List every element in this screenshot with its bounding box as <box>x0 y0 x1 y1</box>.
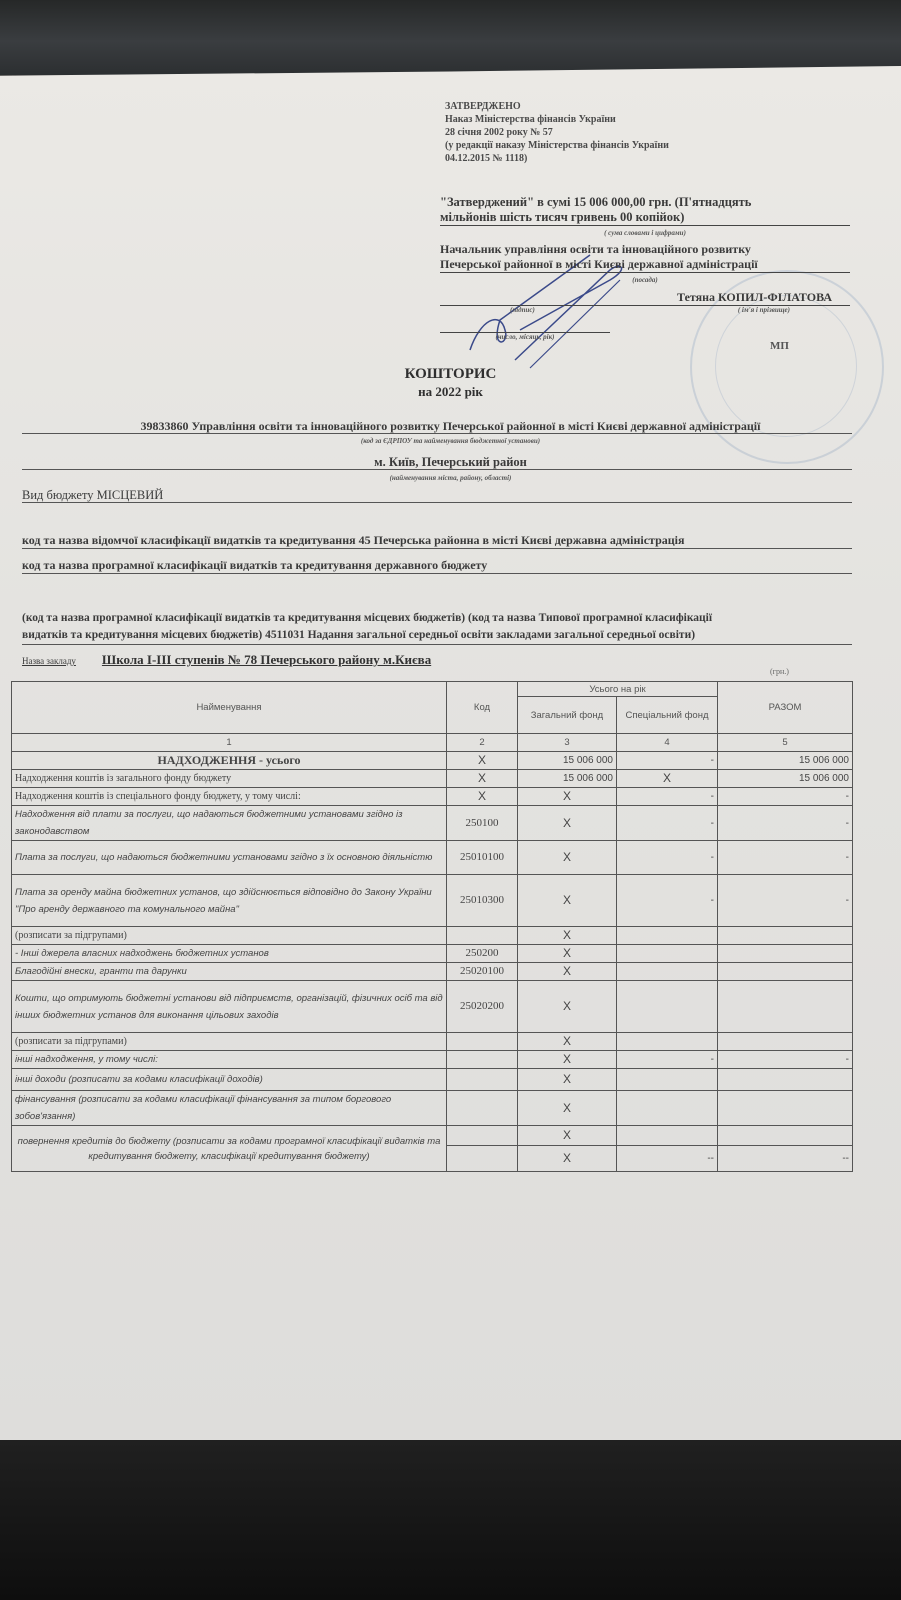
row-special-fund <box>617 1033 718 1051</box>
header-code: Код <box>447 682 518 734</box>
photo-background-top <box>0 0 901 75</box>
signer-name: Тетяна КОПИЛ-ФІЛАТОВА <box>440 290 850 306</box>
row-total <box>718 1033 853 1051</box>
table-row: Надходження від плати за послуги, що над… <box>12 806 853 841</box>
row-general-fund: X <box>518 1091 617 1126</box>
row-code: 25020100 <box>447 963 518 981</box>
row-name: - Інші джерела власних надходжень бюджет… <box>12 945 447 963</box>
column-number: 4 <box>617 734 718 752</box>
row-name: Кошти, що отримують бюджетні установи ві… <box>12 981 447 1033</box>
row-name: інші доходи (розписати за кодами класифі… <box>12 1069 447 1091</box>
row-special-fund: - <box>617 752 718 770</box>
row-general-fund: X <box>518 1033 617 1051</box>
row-general-fund: X <box>518 927 617 945</box>
row-general-fund: X <box>518 1051 617 1069</box>
program-classification-local-line1: (код та назва програмної класифікації ви… <box>22 612 712 624</box>
table-row: (розписати за підгрупами)X <box>12 1033 853 1051</box>
approval-line: (у редакції наказу Міністерства фінансів… <box>445 139 669 152</box>
currency-unit: (грн.) <box>770 667 789 676</box>
estimate-table: Найменування Код Усього на рік РАЗОМ Заг… <box>11 681 853 1172</box>
row-name: Надходження від плати за послуги, що над… <box>12 806 447 841</box>
header-special-fund: Спеціальний фонд <box>617 697 718 734</box>
row-special-fund <box>617 1069 718 1091</box>
signer-position: Начальник управління освіти та інновацій… <box>440 242 850 288</box>
row-name: (розписати за підгрупами) <box>12 927 447 945</box>
row-code: 25020200 <box>447 981 518 1033</box>
column-number: 2 <box>447 734 518 752</box>
row-total <box>718 945 853 963</box>
row-name: фінансування (розписати за кодами класиф… <box>12 1091 447 1126</box>
row-name: повернення кредитів до бюджету (розписат… <box>12 1126 447 1172</box>
table-row: (розписати за підгрупами)X <box>12 927 853 945</box>
row-name: Плата за послуги, що надаються бюджетним… <box>12 841 447 875</box>
row-name: (розписати за підгрупами) <box>12 1033 447 1051</box>
row-total: - <box>718 788 853 806</box>
row-general-fund: X <box>518 875 617 927</box>
row-special-fund <box>617 1126 718 1146</box>
row-name: Надходження коштів із загального фонду б… <box>12 770 447 788</box>
row-general-fund: X <box>518 963 617 981</box>
row-name: Благодійні внески, гранти та дарунки <box>12 963 447 981</box>
row-total <box>718 1091 853 1126</box>
row-special-fund: - <box>617 875 718 927</box>
column-number: 3 <box>518 734 617 752</box>
approval-line: 28 січня 2002 року № 57 <box>445 126 669 139</box>
table-row: повернення кредитів до бюджету (розписат… <box>12 1126 853 1146</box>
row-total: -- <box>718 1146 853 1172</box>
row-code <box>447 1069 518 1091</box>
row-code <box>447 1091 518 1126</box>
table-row: Надходження коштів із загального фонду б… <box>12 770 853 788</box>
row-special-fund <box>617 945 718 963</box>
divider <box>22 469 852 470</box>
budget-type: Вид бюджету МІСЦЕВИЙ <box>22 488 163 503</box>
table-row: - Інші джерела власних надходжень бюджет… <box>12 945 853 963</box>
date-line: (число, місяць, рік) <box>440 320 610 341</box>
divider <box>22 502 852 503</box>
column-number: 5 <box>718 734 853 752</box>
row-code: X <box>447 770 518 788</box>
departmental-classification: код та назва відомчої класифікації видат… <box>22 533 684 548</box>
table-row: Надходження коштів із спеціального фонду… <box>12 788 853 806</box>
row-special-fund <box>617 963 718 981</box>
row-special-fund: - <box>617 806 718 841</box>
header-total: РАЗОМ <box>718 682 853 734</box>
row-code <box>447 1033 518 1051</box>
row-general-fund: 15 006 000 <box>518 770 617 788</box>
table-row: інші доходи (розписати за кодами класифі… <box>12 1069 853 1091</box>
table-row: фінансування (розписати за кодами класиф… <box>12 1091 853 1126</box>
row-code: X <box>447 752 518 770</box>
row-total <box>718 1069 853 1091</box>
header-year-total: Усього на рік <box>518 682 718 697</box>
row-code <box>447 1146 518 1172</box>
row-general-fund: X <box>518 1146 617 1172</box>
date-caption: (число, місяць, рік) <box>440 333 610 341</box>
city-caption: (найменування міста, району, області) <box>0 474 901 482</box>
row-general-fund: X <box>518 841 617 875</box>
signature-caption: (підпис) <box>510 306 535 314</box>
row-total: - <box>718 841 853 875</box>
position-caption: (посада) <box>440 273 850 288</box>
approval-line: Наказ Міністерства фінансів України <box>445 113 669 126</box>
row-special-fund: - <box>617 1051 718 1069</box>
row-special-fund <box>617 1091 718 1126</box>
signer-name-line: Тетяна КОПИЛ-ФІЛАТОВА (підпис) ( ім'я і … <box>440 290 850 314</box>
row-total <box>718 1126 853 1146</box>
establishment-row: Назва закладу Школа I-III ступенів № 78 … <box>22 651 431 669</box>
establishment-name: Школа I-III ступенів № 78 Печерського ра… <box>102 652 431 667</box>
row-general-fund: X <box>518 1069 617 1091</box>
row-total: 15 006 000 <box>718 752 853 770</box>
approval-header: ЗАТВЕРДЖЕНО Наказ Міністерства фінансів … <box>445 100 669 165</box>
approved-sum-line1: "Затверджений" в сумі 15 006 000,00 грн.… <box>440 195 850 210</box>
institution-line: 39833860 Управління освіти та інноваційн… <box>0 419 901 434</box>
name-caption: ( ім'я і прізвище) <box>738 306 790 314</box>
row-general-fund: X <box>518 1126 617 1146</box>
row-general-fund: X <box>518 945 617 963</box>
program-classification-local-line2: видатків та кредитування місцевих бюджет… <box>22 629 695 641</box>
row-total: - <box>718 875 853 927</box>
row-code: 250200 <box>447 945 518 963</box>
city-line: м. Київ, Печерський район <box>0 455 901 470</box>
program-classification-state: код та назва програмної класифікації вид… <box>22 558 487 573</box>
divider <box>22 573 852 574</box>
divider <box>22 548 852 549</box>
divider <box>22 644 852 645</box>
stamp-label: МП <box>770 340 789 352</box>
row-code: 250100 <box>447 806 518 841</box>
sum-caption: ( сума словами і цифрами) <box>440 226 850 241</box>
row-name: НАДХОДЖЕННЯ - усього <box>12 752 447 770</box>
row-special-fund: - <box>617 788 718 806</box>
approval-heading: ЗАТВЕРДЖЕНО <box>445 100 669 113</box>
row-special-fund: - <box>617 841 718 875</box>
row-total <box>718 981 853 1033</box>
header-name: Найменування <box>12 682 447 734</box>
row-general-fund: X <box>518 806 617 841</box>
row-special-fund: -- <box>617 1146 718 1172</box>
header-general-fund: Загальний фонд <box>518 697 617 734</box>
row-special-fund <box>617 981 718 1033</box>
row-code <box>447 1051 518 1069</box>
establishment-label: Назва закладу <box>22 656 76 666</box>
row-name: інші надходження, у тому числі: <box>12 1051 447 1069</box>
row-total: 15 006 000 <box>718 770 853 788</box>
row-total <box>718 927 853 945</box>
row-total <box>718 963 853 981</box>
position-line2: Печерської районної в місті Києві держав… <box>440 257 850 273</box>
row-name: Надходження коштів із спеціального фонду… <box>12 788 447 806</box>
table-row: Благодійні внески, гранти та дарунки2502… <box>12 963 853 981</box>
row-total: - <box>718 806 853 841</box>
document-year: на 2022 рік <box>0 384 901 400</box>
date-field <box>440 320 610 333</box>
row-code: 25010300 <box>447 875 518 927</box>
approved-sum-line2: мільйонів шість тисяч гривень 00 копійок… <box>440 210 850 226</box>
row-name: Плата за оренду майна бюджетних установ,… <box>12 875 447 927</box>
document-title: КОШТОРИС <box>0 366 901 383</box>
table-row: Плата за оренду майна бюджетних установ,… <box>12 875 853 927</box>
row-code <box>447 927 518 945</box>
row-code: 25010100 <box>447 841 518 875</box>
row-general-fund: 15 006 000 <box>518 752 617 770</box>
photo-background-bottom <box>0 1440 901 1600</box>
approved-sum: "Затверджений" в сумі 15 006 000,00 грн.… <box>440 195 850 241</box>
table-row: Плата за послуги, що надаються бюджетним… <box>12 841 853 875</box>
divider <box>22 433 852 434</box>
table-row: НАДХОДЖЕННЯ - усьогоX15 006 000-15 006 0… <box>12 752 853 770</box>
institution-caption: (код за ЄДРПОУ та найменування бюджетної… <box>0 437 901 445</box>
row-total: - <box>718 1051 853 1069</box>
row-special-fund: X <box>617 770 718 788</box>
row-code: X <box>447 788 518 806</box>
row-general-fund: X <box>518 981 617 1033</box>
table-row: інші надходження, у тому числі:X-- <box>12 1051 853 1069</box>
row-special-fund <box>617 927 718 945</box>
column-number: 1 <box>12 734 447 752</box>
row-general-fund: X <box>518 788 617 806</box>
position-line1: Начальник управління освіти та інновацій… <box>440 242 850 257</box>
approval-line: 04.12.2015 № 1118) <box>445 152 669 165</box>
row-code <box>447 1126 518 1146</box>
table-row: Кошти, що отримують бюджетні установи ві… <box>12 981 853 1033</box>
